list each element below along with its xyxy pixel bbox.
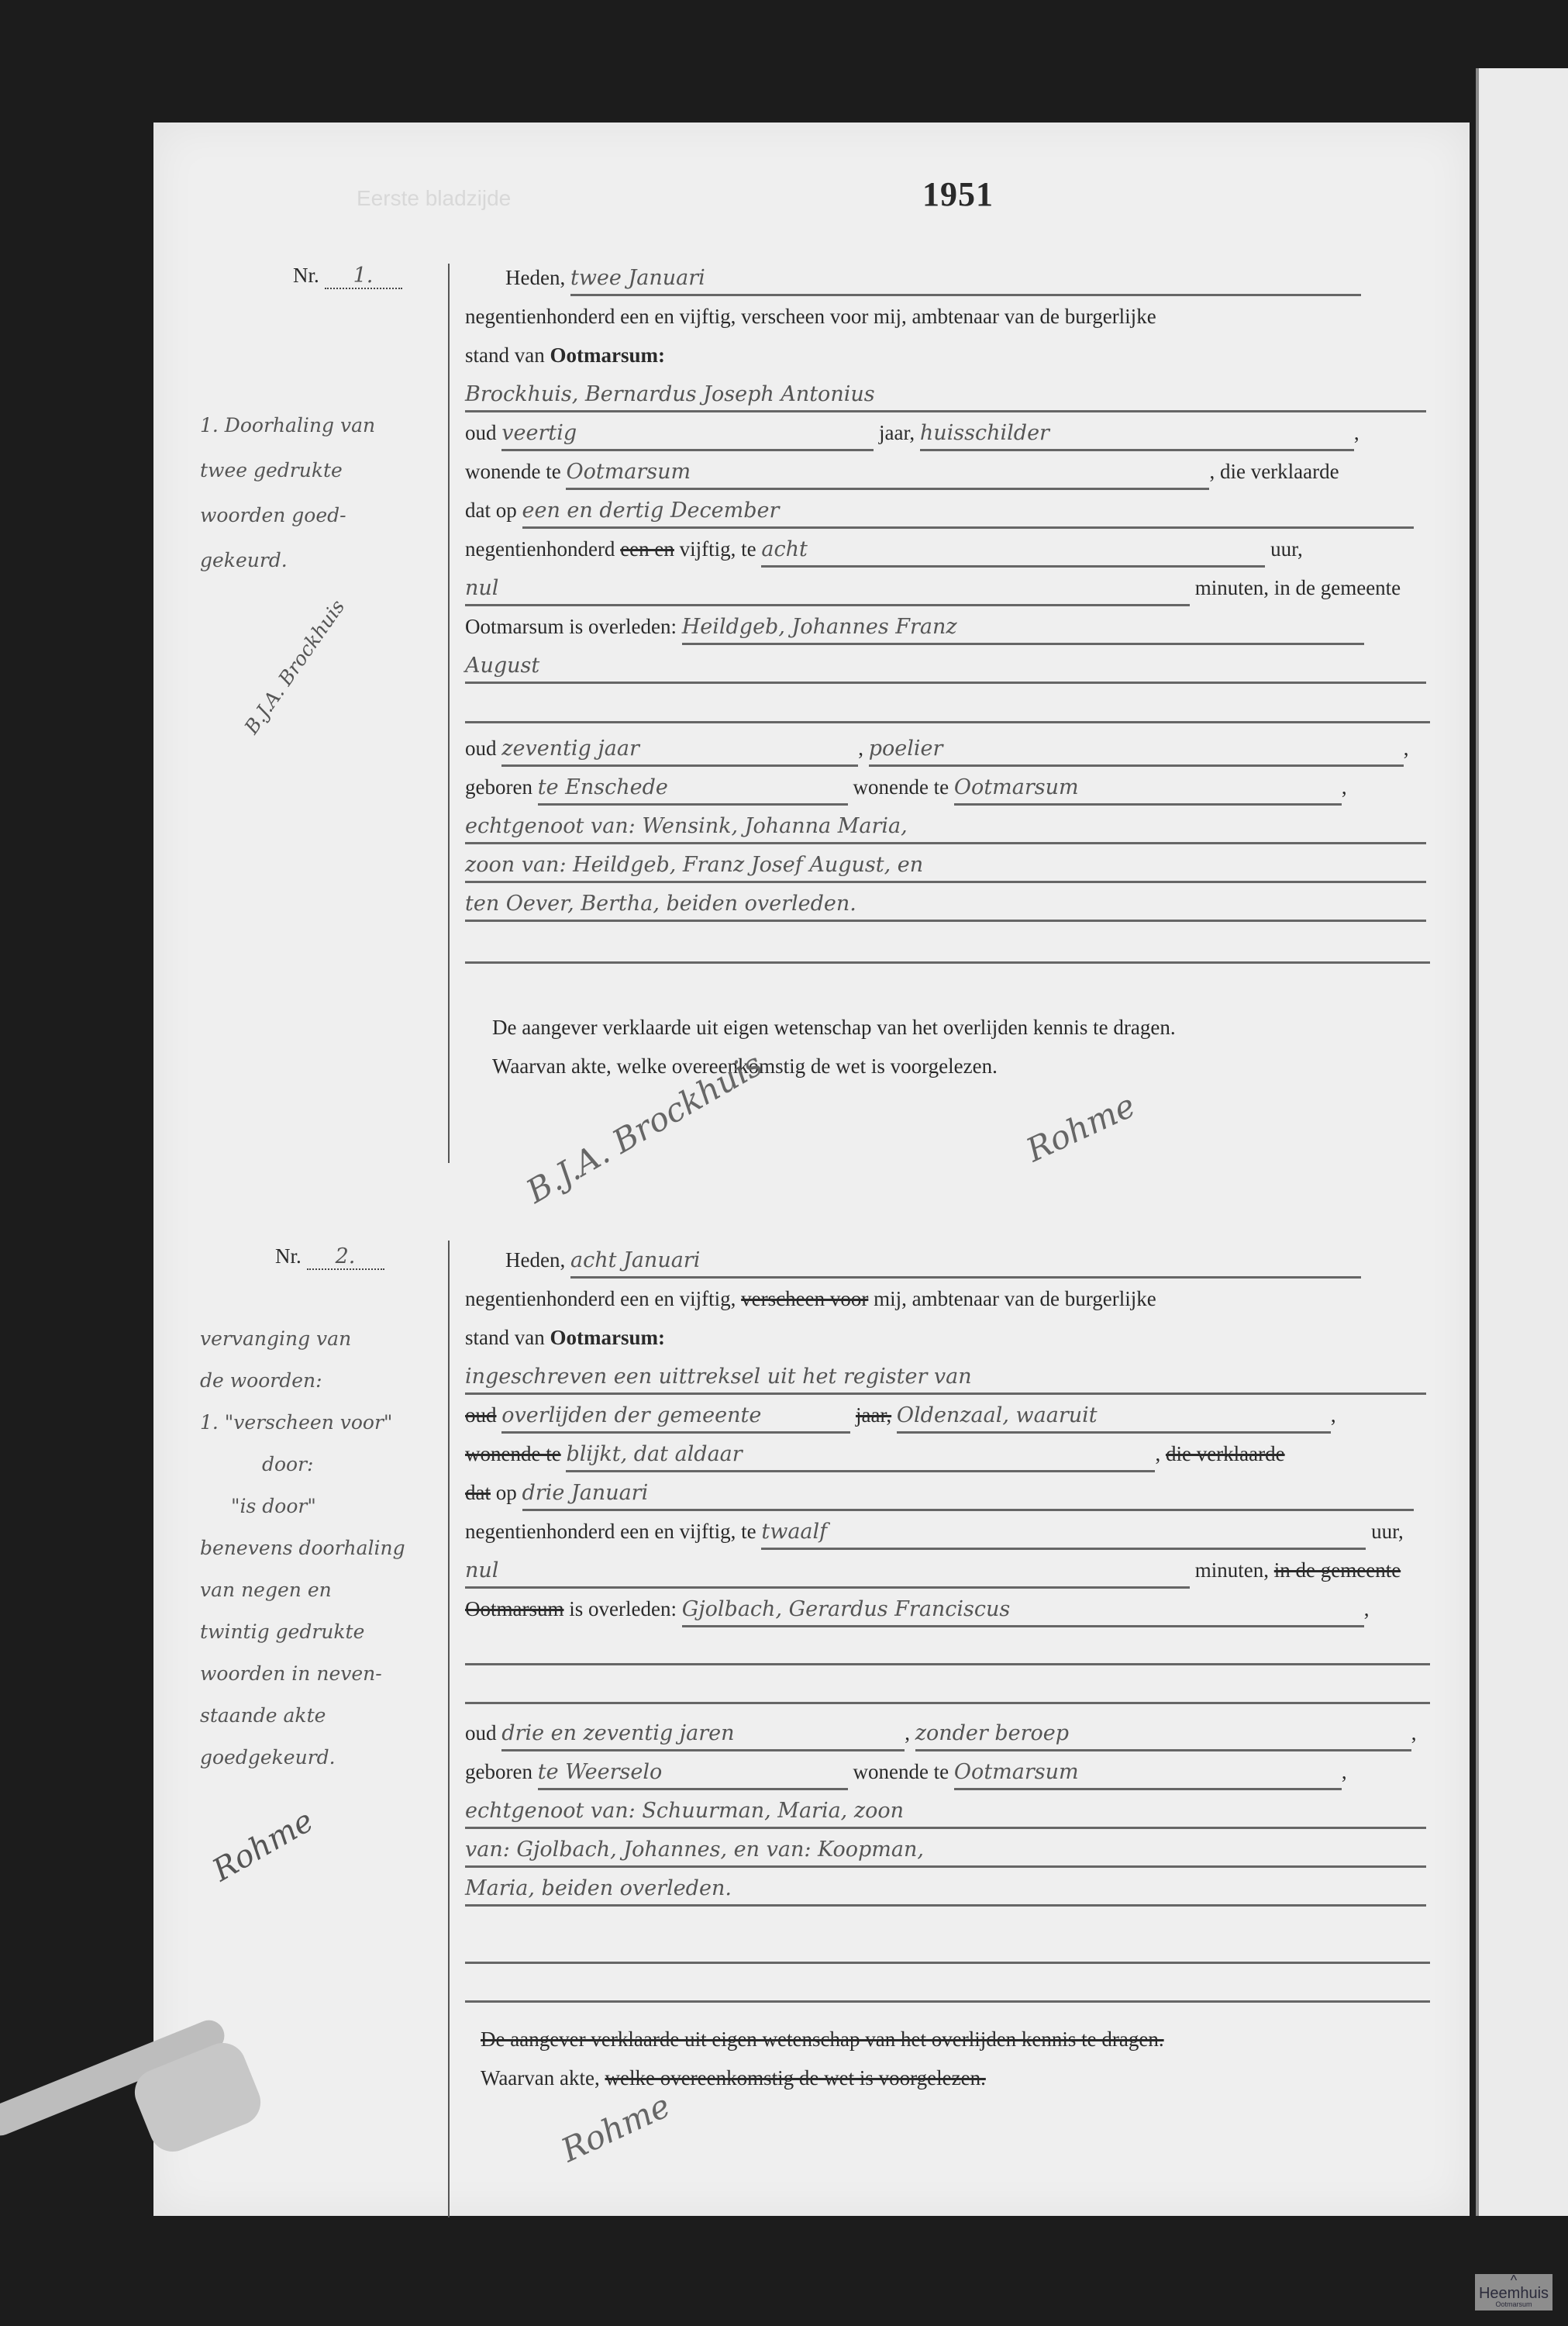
act2-death-date-line: dat op drie Januari bbox=[465, 1477, 1430, 1508]
act1-deceased-line: Ootmarsum is overleden: Heildgeb, Johann… bbox=[465, 611, 1430, 642]
act2-blank-rule-2 bbox=[465, 1702, 1430, 1704]
act1-relation-3: ten Oever, Bertha, beiden overleden. bbox=[465, 888, 1430, 919]
act2-relation-1: echtgenoot van: Schuurman, Maria, zoon bbox=[465, 1795, 1430, 1826]
act2-number: Nr. 2. bbox=[275, 1244, 384, 1270]
act1-closing-statement: De aangever verklaarde uit eigen wetensc… bbox=[492, 1012, 1457, 1043]
act2-margin-divider bbox=[448, 1241, 450, 2217]
act1-relation-1: echtgenoot van: Wensink, Johanna Maria, bbox=[465, 810, 1430, 841]
act2-minutes-line: nul minuten, in de gemeente bbox=[465, 1555, 1430, 1586]
act1-birth-line: geboren te Enschede wonende te Ootmarsum… bbox=[465, 771, 1430, 802]
act1-hour-line: negentienhonderd een en vijftig, te acht… bbox=[465, 533, 1430, 564]
act1-relation-2: zoon van: Heildgeb, Franz Josef August, … bbox=[465, 849, 1430, 880]
act2-birth-line: geboren te Weerselo wonende te Ootmarsum… bbox=[465, 1756, 1430, 1787]
act1-closing-akte: Waarvan akte, welke overeenkomstig de we… bbox=[492, 1051, 1457, 1082]
facing-page-edge bbox=[1479, 68, 1568, 2216]
act1-declarant: Brockhuis, Bernardus Joseph Antonius bbox=[465, 378, 1430, 409]
act1-stand: stand van Ootmarsum: bbox=[465, 340, 1430, 371]
act1-margin-divider bbox=[448, 264, 450, 1163]
act2-blank-rule-1 bbox=[465, 1663, 1430, 1665]
act1-number: Nr. 1. bbox=[293, 264, 402, 289]
act1-margin-note: 1. Doorhaling vantwee gedruktewoorden go… bbox=[200, 403, 432, 659]
act2-closing-akte: Waarvan akte, welke overeenkomstig de we… bbox=[481, 2062, 1446, 2093]
act2-blank-rule-4 bbox=[465, 2000, 1430, 2003]
act2-blank-rule-3 bbox=[465, 1962, 1430, 1964]
act1-age-line: oud veertig jaar, huisschilder, bbox=[465, 417, 1430, 448]
act1-minutes-line: nul minuten, in de gemeente bbox=[465, 572, 1430, 603]
act2-line2: negentienhonderd een en vijftig, versche… bbox=[465, 1283, 1430, 1314]
act1-blank-rule-2 bbox=[465, 961, 1430, 964]
act2-hour-line: negentienhonderd een en vijftig, te twaa… bbox=[465, 1516, 1430, 1547]
act2-margin-note: vervanging vande woorden:1. "verscheen v… bbox=[200, 1318, 432, 1836]
act2-text-line3: wonende te blijkt, dat aldaar, die verkl… bbox=[465, 1438, 1430, 1469]
act1-residence-line: wonende te Ootmarsum, die verklaarde bbox=[465, 456, 1430, 487]
bleed-through-text: Eerste bladzijde bbox=[357, 186, 511, 211]
act2-text-line2: oud overlijden der gemeente jaar, Oldenz… bbox=[465, 1399, 1430, 1430]
act1-deceased-line2: August bbox=[465, 650, 1430, 681]
act2-relation-3: Maria, beiden overleden. bbox=[465, 1872, 1430, 1903]
act2-deceased-line: Ootmarsum is overleden: Gjolbach, Gerard… bbox=[465, 1593, 1430, 1624]
act2-text-line1: ingeschreven een uittreksel uit het regi… bbox=[465, 1361, 1430, 1392]
act1-line2: negentienhonderd een en vijftig, versche… bbox=[465, 301, 1430, 332]
act2-closing-statement: De aangever verklaarde uit eigen wetensc… bbox=[481, 2024, 1446, 2055]
act2-heden-line: Heden, acht Januari bbox=[465, 1244, 1430, 1275]
act1-blank-rule bbox=[465, 721, 1430, 723]
act1-date: twee Januari bbox=[570, 263, 1361, 296]
act1-death-date-line: dat op een en dertig December bbox=[465, 495, 1430, 526]
register-year: 1951 bbox=[922, 174, 994, 214]
act2-relation-2: van: Gjolbach, Johannes, en van: Koopman… bbox=[465, 1834, 1430, 1865]
watermark-logo: ^ Heemhuis Ootmarsum bbox=[1475, 2274, 1552, 2310]
act2-age-occupation: oud drie en zeventig jaren, zonder beroe… bbox=[465, 1717, 1430, 1748]
act2-stand: stand van Ootmarsum: bbox=[465, 1322, 1430, 1353]
act1-heden-line: Heden, twee Januari bbox=[465, 262, 1430, 293]
act1-deceased-age-line: oud zeventig jaar, poelier, bbox=[465, 733, 1430, 764]
